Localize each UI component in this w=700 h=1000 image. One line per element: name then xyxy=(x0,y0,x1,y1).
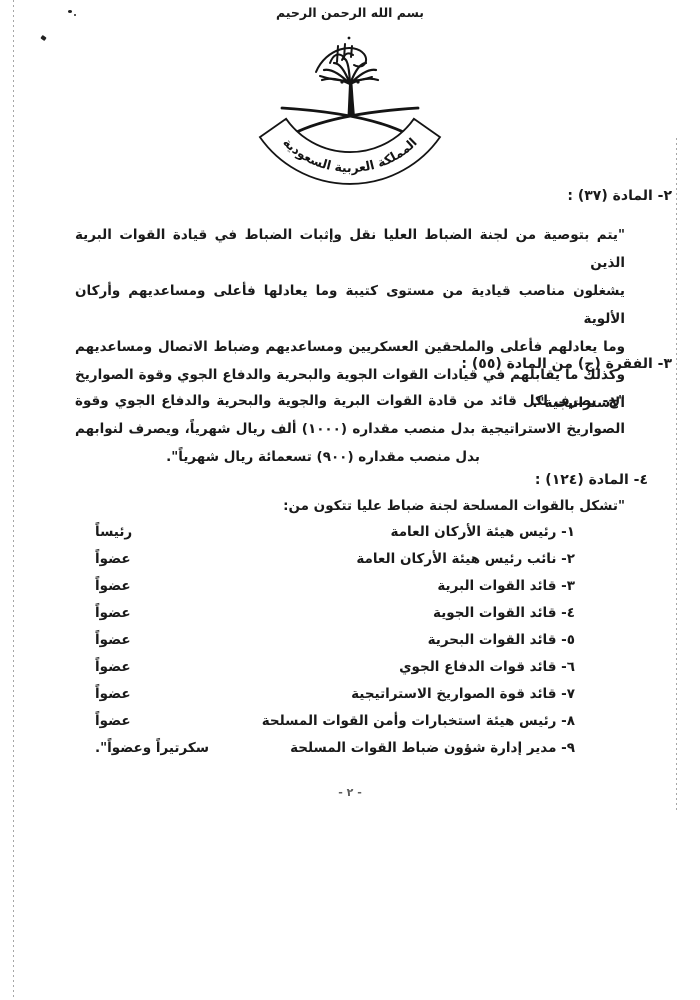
member-role: عضواً xyxy=(95,659,131,675)
member-row: ٢- نائب رئيس هيئة الأركان العامة عضواً xyxy=(95,551,575,578)
paragraph-line: بدل منصب مقداره (٩٠٠) تسعمائة ريال شهريا… xyxy=(75,443,480,471)
article-124-heading: ٤- المادة (١٢٤) : xyxy=(535,472,648,488)
member-role: سكرتيراً وعضواً". xyxy=(95,740,209,756)
member-item: ٧- قائد قوة الصواريخ الاستراتيجية xyxy=(351,686,575,702)
paragraph-line: يشغلون مناصب قيادية من مستوى كتيبة وما ي… xyxy=(75,277,625,333)
member-row: ٧- قائد قوة الصواريخ الاستراتيجية عضواً xyxy=(95,686,575,713)
scan-edge-line-left xyxy=(13,0,14,1000)
paragraph-line: "يتم بتوصية من لجنة الضباط العليا نقل وإ… xyxy=(75,221,625,277)
member-item: ١- رئيس هيئة الأركان العامة xyxy=(391,524,575,540)
bismillah-calligraphy: بسم الله الرحمن الرحيم xyxy=(0,5,700,20)
member-role: عضواً xyxy=(95,578,131,594)
member-row: ٥- قائد القوات البحرية عضواً xyxy=(95,632,575,659)
member-row: ٣- قائد القوات البرية عضواً xyxy=(95,578,575,605)
article-37-heading: ٢- المادة (٣٧) : xyxy=(567,188,672,204)
article-55-paragraph: "ج- يصرف لكل قائد من قادة القوات البرية … xyxy=(75,387,625,471)
page-number: - ٢ - xyxy=(0,786,700,799)
member-role: عضواً xyxy=(95,713,131,729)
committee-intro-line: "تشكل بالقوات المسلحة لجنة ضباط عليا تتك… xyxy=(75,498,625,514)
paragraph-line: "ج- يصرف لكل قائد من قادة القوات البرية … xyxy=(75,387,625,415)
ink-speck xyxy=(40,35,46,41)
member-row: ٤- قائد القوات الجوية عضواً xyxy=(95,605,575,632)
saudi-emblem: المملكة العربية السعودية xyxy=(250,32,450,191)
member-role: عضواً xyxy=(95,551,131,567)
member-row: ١- رئيس هيئة الأركان العامة رئيساً xyxy=(95,524,575,551)
scan-edge-line-right xyxy=(676,138,677,810)
member-item: ٥- قائد القوات البحرية xyxy=(428,632,575,648)
member-row: ٨- رئيس هيئة استخبارات وأمن القوات المسل… xyxy=(95,713,575,740)
member-item: ٩- مدير إدارة شؤون ضباط القوات المسلحة xyxy=(290,740,575,756)
member-role: عضواً xyxy=(95,686,131,702)
palm-tree-icon xyxy=(322,59,378,117)
member-item: ٣- قائد القوات البرية xyxy=(437,578,575,594)
member-item: ٨- رئيس هيئة استخبارات وأمن القوات المسل… xyxy=(262,713,575,729)
paragraph-line: الصواريخ الاستراتيجية بدل منصب مقداره (١… xyxy=(75,415,625,443)
kingdom-arc-banner-icon: المملكة العربية السعودية xyxy=(260,119,440,184)
member-role: عضواً xyxy=(95,632,131,648)
scanned-document-page: بسم الله الرحمن الرحيم xyxy=(0,0,700,1000)
member-item: ٤- قائد القوات الجوية xyxy=(433,605,575,621)
committee-members-list: ١- رئيس هيئة الأركان العامة رئيساً ٢- نا… xyxy=(95,524,575,767)
member-item: ٢- نائب رئيس هيئة الأركان العامة xyxy=(356,551,575,567)
member-row: ٦- قائد قوات الدفاع الجوي عضواً xyxy=(95,659,575,686)
article-55-clause-heading: ٣- الفقرة (ج) من المادة (٥٥) : xyxy=(461,356,672,372)
member-row: ٩- مدير إدارة شؤون ضباط القوات المسلحة س… xyxy=(95,740,575,767)
member-role: عضواً xyxy=(95,605,131,621)
member-role: رئيساً xyxy=(95,524,132,540)
member-item: ٦- قائد قوات الدفاع الجوي xyxy=(399,659,575,675)
